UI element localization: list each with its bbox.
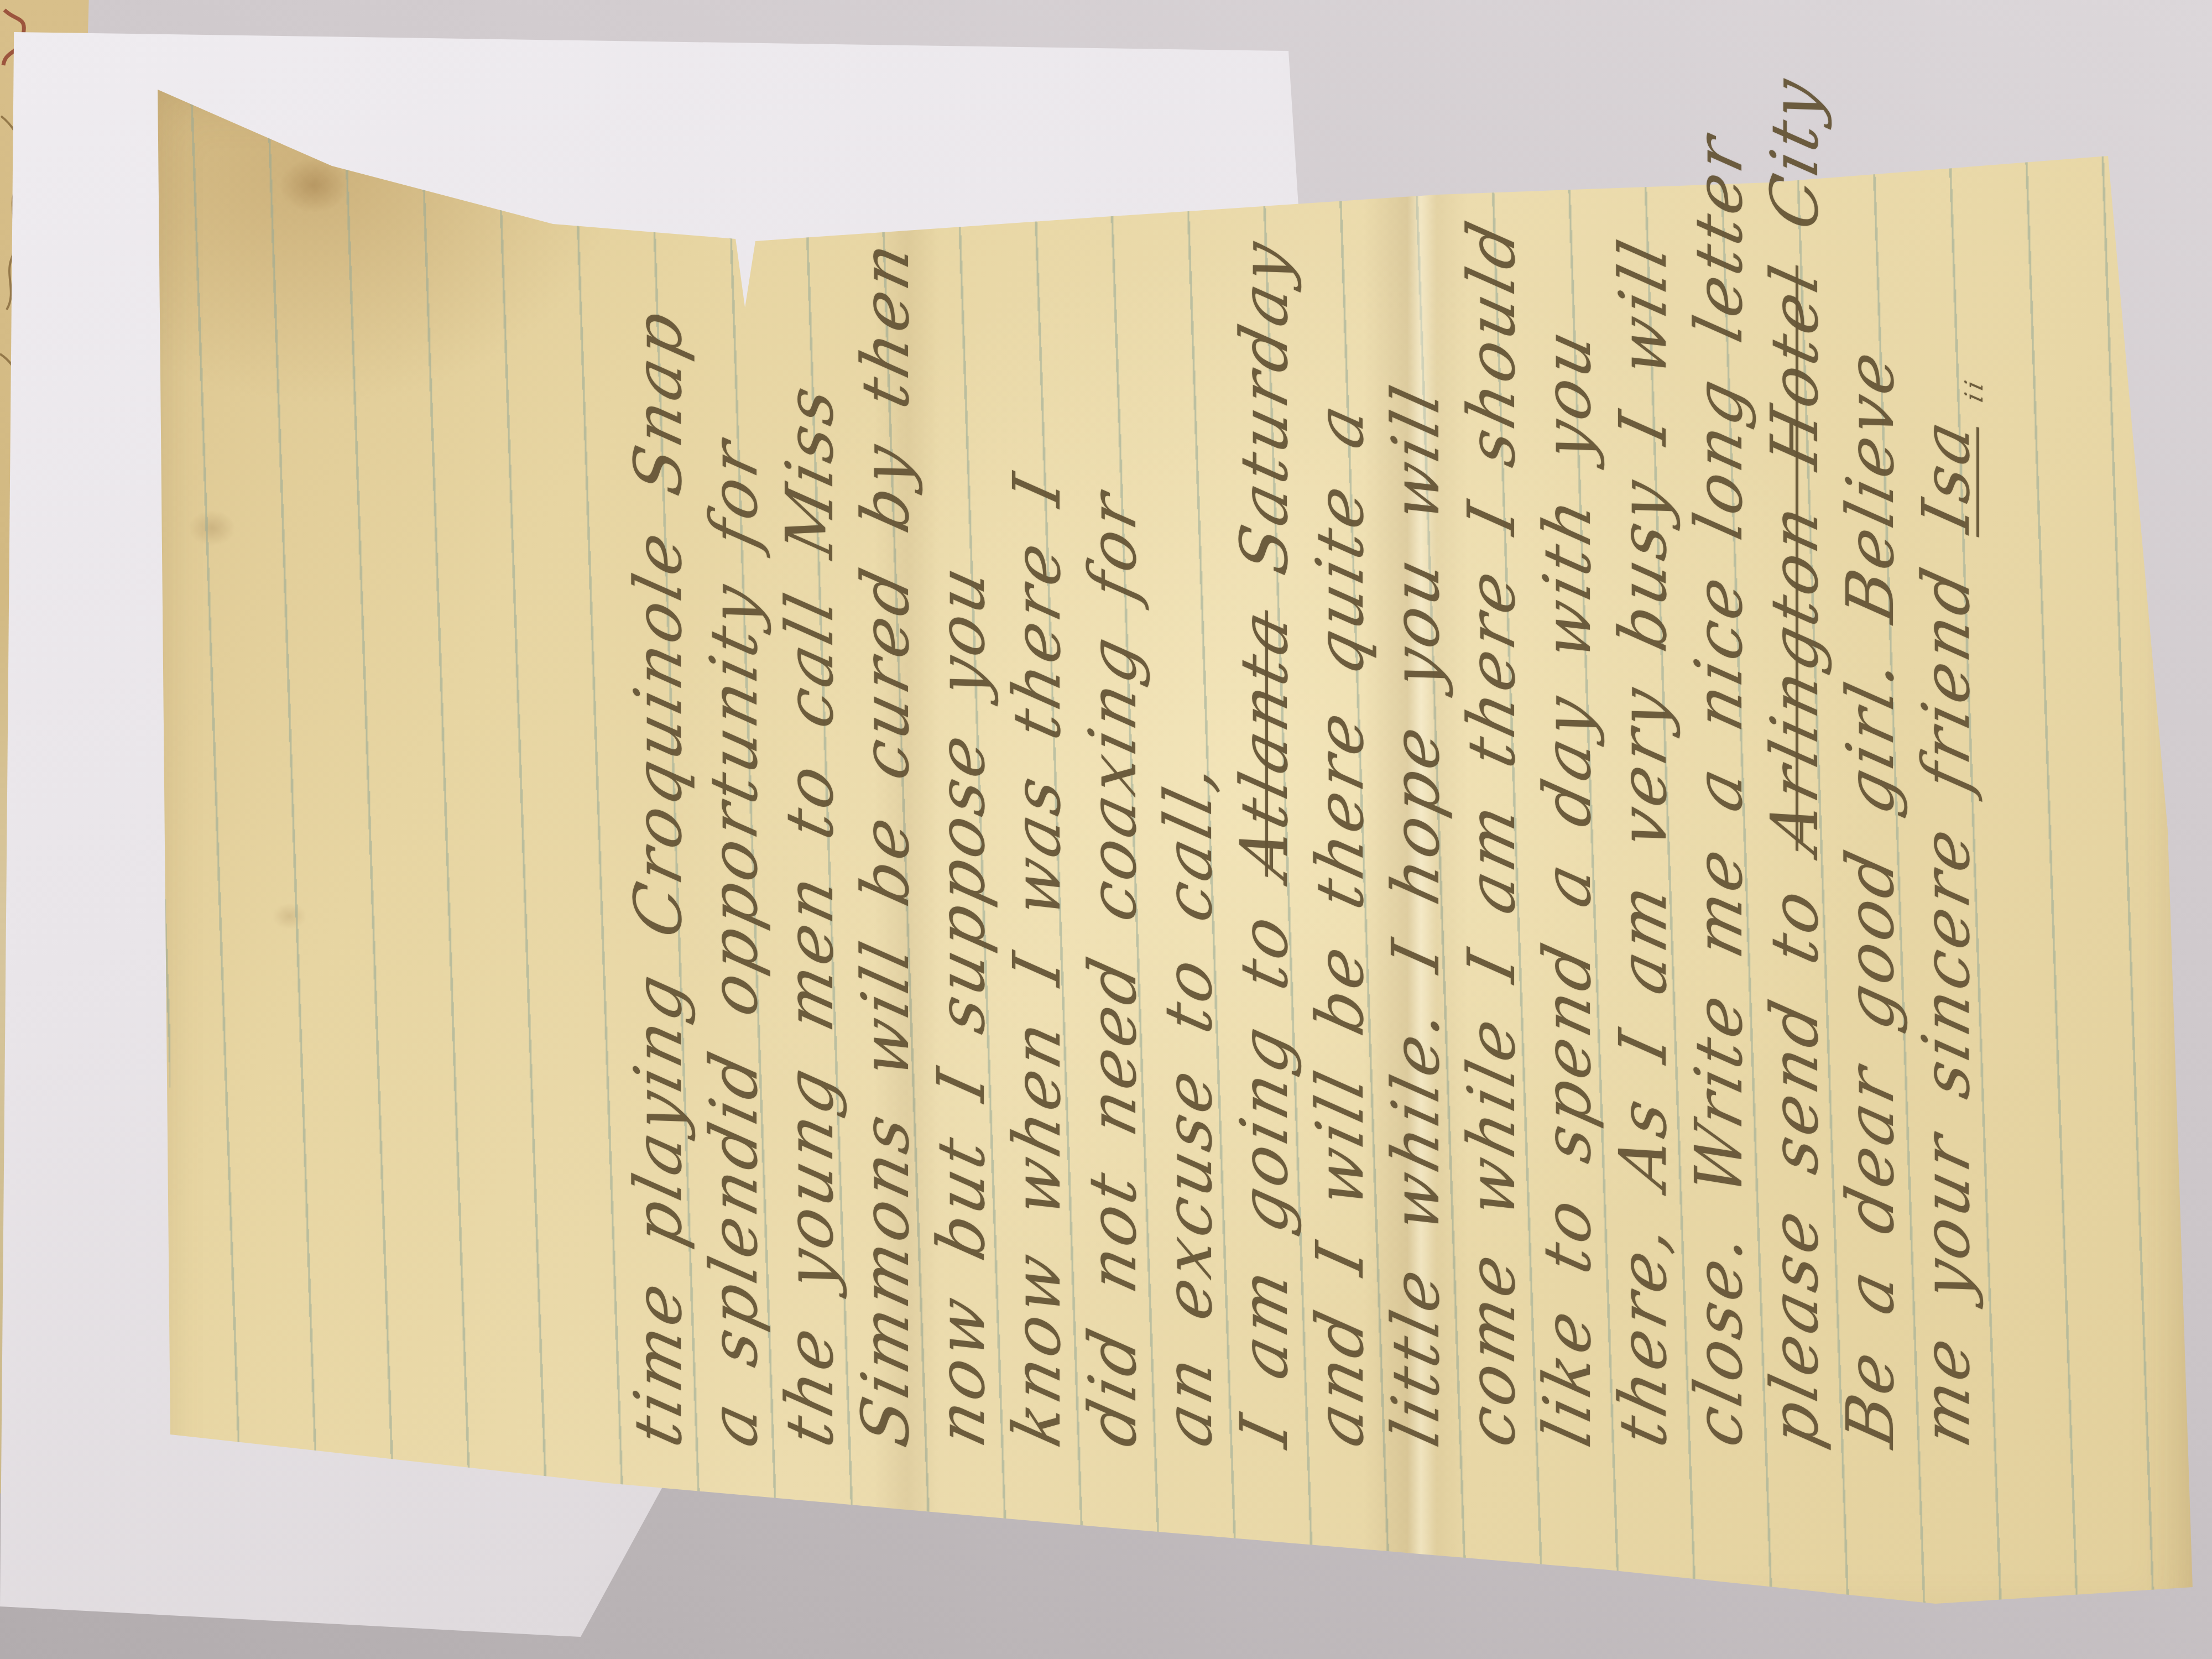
- letter-line: know when I was there I: [998, 198, 1074, 1461]
- letter-line: me your sincere friend Isa ii: [1907, 198, 1983, 1461]
- handwritten-text: ii: [1959, 374, 1989, 430]
- handwritten-text: I am going to: [1226, 867, 1302, 1454]
- letter-line: time playing Croquinole Snap: [619, 198, 695, 1461]
- letter-line: Be a dear good girl. Believe: [1832, 198, 1907, 1461]
- letter-line: please send to Arlington Hotel City: [1756, 198, 1832, 1461]
- letter-line: now but I suppose you: [922, 198, 998, 1461]
- handwritten-text: me your sincere friend: [1908, 520, 1984, 1454]
- handwritten-text: come while I am there I should: [1453, 211, 1530, 1453]
- letter-line: a splendid opportunity for: [695, 198, 771, 1461]
- handwritten-text: there, As I am very busy I will: [1605, 230, 1681, 1454]
- letter-line: the young men to call Miss: [771, 198, 847, 1461]
- handwritten-text: City: [1756, 68, 1833, 274]
- letter-line: like to spend a day with you: [1528, 198, 1604, 1461]
- letter-line: close. Write me a nice long letter: [1680, 198, 1756, 1461]
- signature-word: Isa: [1908, 410, 1984, 539]
- handwritten-text: time playing Croquinole Snap: [620, 300, 696, 1454]
- handwritten-text: did not need coaxing for: [1074, 482, 1151, 1453]
- handwritten-text: now but I suppose you: [923, 556, 999, 1454]
- letter-line: I am going to Atlanta Saturday: [1225, 198, 1301, 1461]
- handwritten-text: Saturday: [1226, 231, 1302, 619]
- handwritten-text: close. Write me a nice long letter: [1681, 125, 1757, 1453]
- handwritten-text: little while. I hope you will: [1378, 375, 1454, 1454]
- letter-line: little while. I hope you will: [1377, 198, 1453, 1461]
- handwritten-text: know when I was there I: [999, 464, 1075, 1454]
- handwritten-text: an excuse to call,: [1150, 753, 1227, 1454]
- letter-line: there, As I am very busy I will: [1604, 198, 1680, 1461]
- letter-line: Simmons will be cured by then: [847, 198, 922, 1461]
- photo-of-handwritten-letter: time playing Croquinole Snapa splendid o…: [0, 0, 2212, 1659]
- handwritten-text: please send to: [1756, 841, 1833, 1453]
- letter-line: come while I am there I should: [1453, 198, 1528, 1461]
- handwritten-text: Be a dear good girl. Believe: [1832, 340, 1908, 1453]
- letter-line: did not need coaxing for: [1074, 198, 1150, 1461]
- struck-word: Atlanta: [1226, 601, 1302, 886]
- letter-lines: time playing Croquinole Snapa splendid o…: [619, 207, 1991, 1452]
- struck-word: Arlington Hotel: [1756, 255, 1833, 860]
- handwritten-text: and I will be there quite a: [1302, 394, 1378, 1454]
- letter-line: an excuse to call,: [1150, 198, 1225, 1461]
- handwritten-text: a splendid opportunity for: [696, 430, 772, 1454]
- letter-line: and I will be there quite a: [1301, 198, 1377, 1461]
- handwritten-text: Simmons will be cured by then: [847, 232, 924, 1454]
- handwritten-text: the young men to call Miss: [771, 375, 848, 1453]
- handwritten-text: like to spend a day with you: [1529, 320, 1605, 1454]
